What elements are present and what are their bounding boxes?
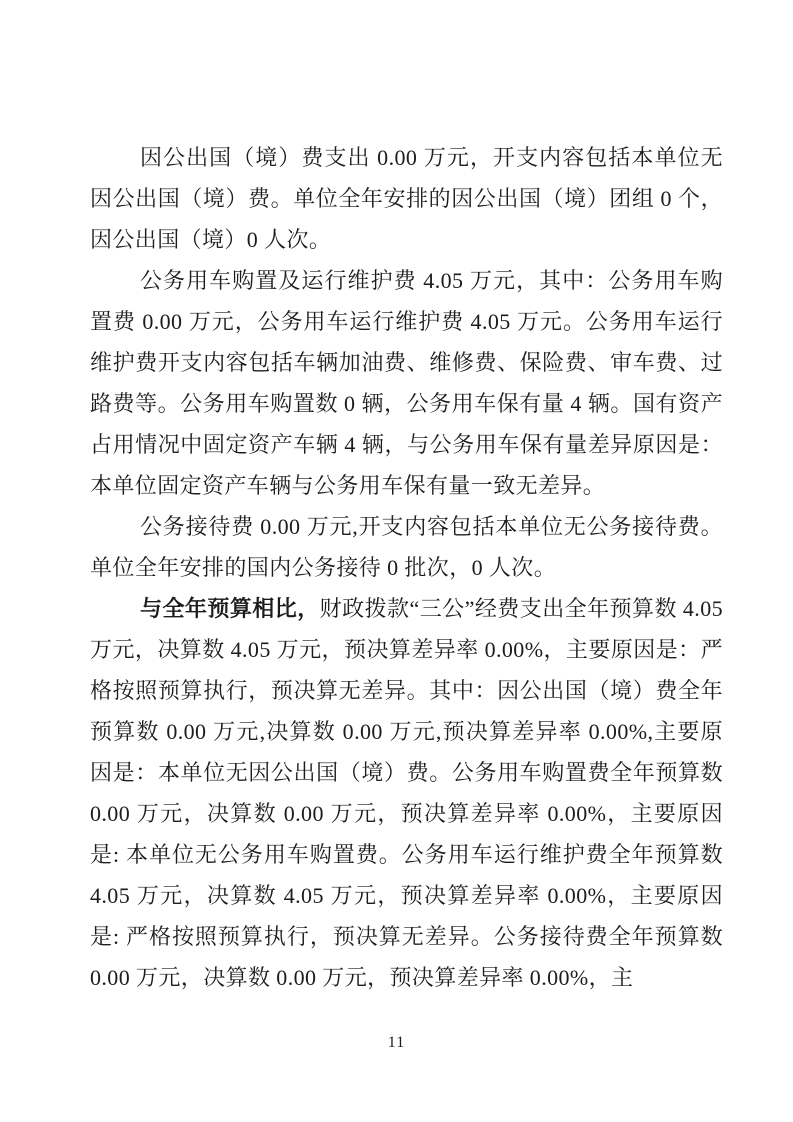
paragraph-official-reception-expense: 公务接待费 0.00 万元,开支内容包括本单位无公务接待费。单位全年安排的国内公… (90, 506, 723, 588)
page-number: 11 (0, 1034, 793, 1052)
paragraph-overseas-travel-expense: 因公出国（境）费支出 0.00 万元，开支内容包括本单位无因公出国（境）费。单位… (90, 137, 723, 260)
paragraph-budget-comparison-body: 财政拨款“三公”经费支出全年预算数 4.05 万元，决算数 4.05 万元，预决… (90, 596, 723, 990)
document-body: 因公出国（境）费支出 0.00 万元，开支内容包括本单位无因公出国（境）费。单位… (90, 137, 723, 998)
paragraph-budget-comparison-lead: 与全年预算相比， (140, 596, 320, 621)
paragraph-official-vehicle-expense: 公务用车购置及运行维护费 4.05 万元，其中：公务用车购置费 0.00 万元，… (90, 260, 723, 506)
paragraph-budget-comparison: 与全年预算相比，财政拨款“三公”经费支出全年预算数 4.05 万元，决算数 4.… (90, 588, 723, 998)
document-page: 因公出国（境）费支出 0.00 万元，开支内容包括本单位无因公出国（境）费。单位… (0, 0, 793, 1122)
